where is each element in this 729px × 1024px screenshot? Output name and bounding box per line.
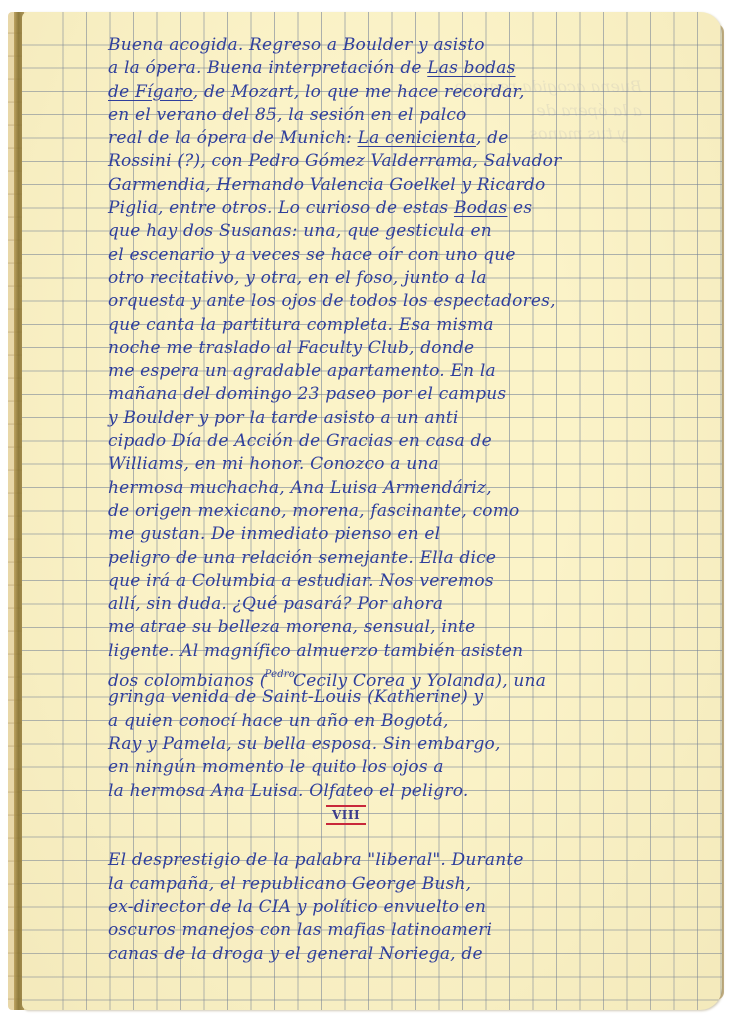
text-line: canas de la droga y el general Noriega, … [108,943,688,966]
text-line: Piglia, entre otros. Lo curioso de estas… [108,197,688,220]
text-line: Williams, en mi honor. Conozco a una [108,453,688,476]
text-line: que canta la partitura completa. Esa mis… [108,314,688,337]
text-line: hermosa muchacha, Ana Luisa Armendáriz, [108,477,688,500]
text-line: a la ópera. Buena interpretación de Las … [108,57,688,80]
opera-title: Bodas [454,198,507,218]
text-line: dos colombianos (PedroCecily Corea y Yol… [108,663,688,686]
notebook-scan: Buena acogida regreso a la ópera de y tu… [0,0,729,1024]
text-line: El desprestigio de la palabra "liberal".… [108,849,688,872]
text-line: me atrae su belleza morena, sensual, int… [108,616,688,639]
text-line: real de la ópera de Munich: La cenicient… [108,127,688,150]
section-number-mark: VIII [108,803,688,826]
text-line: gringa venida de Saint-Louis (Katherine)… [108,686,688,709]
text-line: me espera un agradable apartamento. En l… [108,360,688,383]
text-line: Buena acogida. Regreso a Boulder y asist… [108,34,688,57]
entry-liberal: El desprestigio de la palabra "liberal".… [108,849,688,965]
text-line: que hay dos Susanas: una, que gesticula … [108,220,688,243]
text-line: peligro de una relación semejante. Ella … [108,547,688,570]
text-line: la hermosa Ana Luisa. Olfateo el peligro… [108,780,688,803]
interlinear-note: Pedro [265,669,295,680]
handwritten-text: Buena acogida. Regreso a Boulder y asist… [108,34,688,966]
text-line: otro recitativo, y otra, en el foso, jun… [108,267,688,290]
text-line: cipado Día de Acción de Gracias en casa … [108,430,688,453]
opera-title: La cenicienta [358,128,476,148]
text-line: orquesta y ante los ojos de todos los es… [108,290,688,313]
roman-numeral: VIII [326,805,366,825]
text-line: allí, sin duda. ¿Qué pasará? Por ahora [108,593,688,616]
text-line: el escenario y a veces se hace oír con u… [108,244,688,267]
text-line: noche me traslado al Faculty Club, donde [108,337,688,360]
text-line: y Boulder y por la tarde asisto a un ant… [108,407,688,430]
text-line: Rossini (?), con Pedro Gómez Valderrama,… [108,150,688,173]
text-line: ex-director de la CIA y político envuelt… [108,896,688,919]
text-line: ligente. Al magnífico almuerzo también a… [108,640,688,663]
opera-title: de Fígaro [108,82,193,102]
text-line: Garmendia, Hernando Valencia Goelkel y R… [108,174,688,197]
text-line: a quien conocí hace un año en Bogotá, [108,710,688,733]
text-line: mañana del domingo 23 paseo por el campu… [108,383,688,406]
text-line: en ningún momento le quito los ojos a [108,756,688,779]
text-line: Ray y Pamela, su bella esposa. Sin embar… [108,733,688,756]
text-line: en el verano del 85, la sesión en el pal… [108,104,688,127]
entry-boulder: Buena acogida. Regreso a Boulder y asist… [108,34,688,803]
text-line: de Fígaro, de Mozart, lo que me hace rec… [108,81,688,104]
text-line: me gustan. De inmediato pienso en el [108,523,688,546]
text-line: oscuros manejos con las mafias latinoame… [108,919,688,942]
text-line: la campaña, el republicano George Bush, [108,873,688,896]
text-line: de origen mexicano, morena, fascinante, … [108,500,688,523]
text-line: que irá a Columbia a estudiar. Nos verem… [108,570,688,593]
opera-title: Las bodas [427,58,515,78]
spacer [108,826,688,849]
